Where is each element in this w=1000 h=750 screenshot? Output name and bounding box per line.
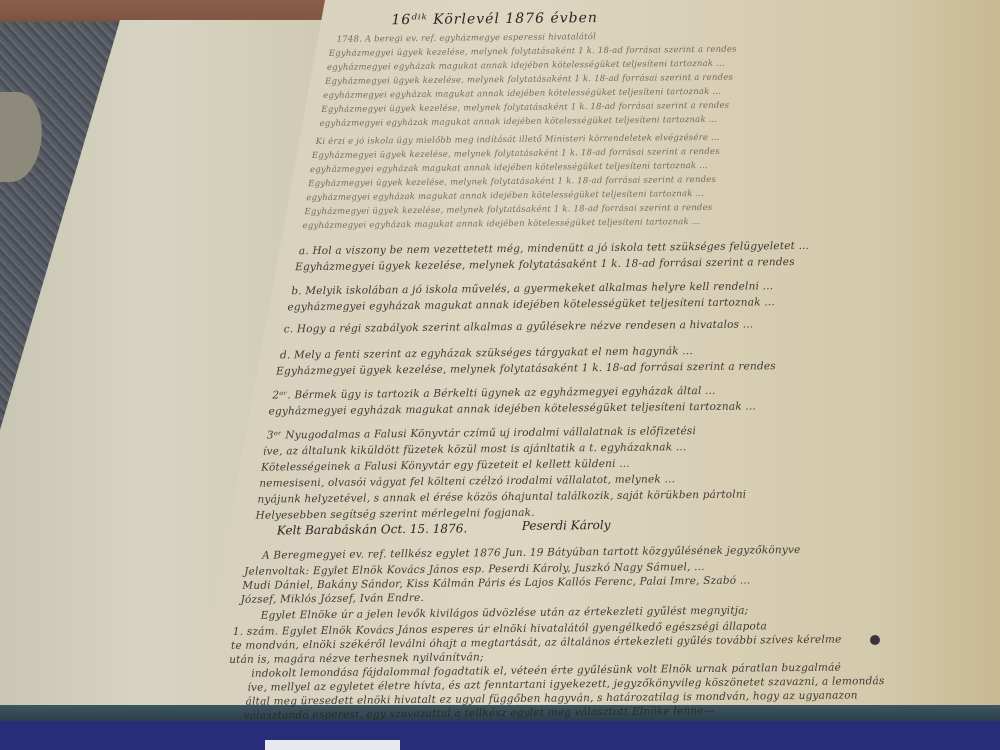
meeting-line: József, Miklós József, Iván Endre. [240, 592, 424, 606]
manuscript-line: egyházmegyei egyházak magukat annak idej… [327, 59, 725, 73]
handwritten-manuscript: 16ᵈⁱᵏ Körlevél 1876 évben 1748. A beregi… [216, 2, 993, 710]
manuscript-line: egyházmegyei egyházak magukat annak idej… [303, 217, 701, 231]
manuscript-line: Egyházmegyei ügyek kezelése, melynek fol… [308, 175, 716, 189]
manuscript-line: 3ᵒʳ Nyugodalmas a Falusi Könyvtár czímű … [267, 425, 696, 441]
manuscript-line: Egyházmegyei ügyek kezelése, melynek fol… [329, 45, 737, 59]
place-and-date: Kelt Barabáskán Oct. 15. 1876. [277, 521, 467, 537]
meeting-line: Mudi Dániel, Bakány Sándor, Kiss Kálmán … [242, 574, 750, 591]
manuscript-line: 2ᵒʳ. Bérmek ügy is tartozik a Bérkelti ü… [272, 385, 715, 402]
meeting-line: Egylet Elnöke úr a jelen levők kivilágos… [261, 605, 749, 622]
manuscript-title: 16ᵈⁱᵏ Körlevél 1876 évben [391, 10, 598, 28]
bottom-label-card [265, 740, 400, 750]
manuscript-line: 1748. A beregi ev. ref. egyházmegye espe… [337, 32, 596, 45]
manuscript-line: Egyházmegyei ügyek kezelése, melynek fol… [304, 203, 712, 217]
manuscript-line: Egyházmegyei ügyek kezelése, melynek fol… [312, 147, 720, 161]
manuscript-line: d. Mely a fenti szerint az egyházak szük… [280, 345, 693, 361]
ink-blot [870, 635, 880, 645]
worn-cover-patch [0, 92, 45, 182]
manuscript-line: egyházmegyei egyházak magukat annak idej… [306, 189, 704, 203]
manuscript-line: nemesiseni, olvasói vágyat fel költeni c… [259, 473, 675, 489]
manuscript-line: a. Hol a viszony be nem vezettetett még,… [299, 240, 809, 257]
manuscript-line: egyházmegyei egyházak magukat annak idej… [320, 115, 718, 129]
manuscript-line: c. Hogy a régi szabályok szerint alkalma… [284, 318, 754, 335]
signature: Peserdi Károly [522, 518, 611, 533]
meeting-line: után is, magára nézve terhesnek nyilvání… [229, 651, 484, 666]
manuscript-line: íve, az általunk kiküldött füzetek közül… [263, 441, 687, 457]
manuscript-line: egyházmegyei egyházak magukat annak idej… [287, 296, 775, 313]
manuscript-line: Egyházmegyei ügyek kezelése, melynek fol… [325, 73, 733, 87]
manuscript-line: Kötelességeinek a Falusi Könyvtár egy fü… [261, 458, 630, 474]
manuscript-line: Egyházmegyei ügyek kezelése, melynek fol… [276, 360, 776, 377]
meeting-line: A Beregmegyei ev. ref. tellkész egylet 1… [262, 544, 801, 562]
manuscript-line: egyházmegyei egyházak magukat annak idej… [269, 400, 757, 417]
manuscript-line: Helyesebben segítség szerint mérlegelni … [256, 507, 535, 522]
manuscript-line: nyájunk helyzetével, s annak el érése kö… [257, 489, 746, 506]
manuscript-line: Egyházmegyei ügyek kezelése, melynek fol… [321, 101, 729, 115]
manuscript-line: b. Melyik iskolában a jó iskola művelés,… [291, 280, 773, 297]
manuscript-line: egyházmegyei egyházak magukat annak idej… [323, 87, 721, 101]
manuscript-line: Ki érzi e jó iskola ügy mielőbb meg indí… [316, 133, 720, 147]
manuscript-line: egyházmegyei egyházak magukat annak idej… [310, 161, 708, 175]
manuscript-line: Egyházmegyei ügyek kezelése, melynek fol… [295, 256, 795, 273]
